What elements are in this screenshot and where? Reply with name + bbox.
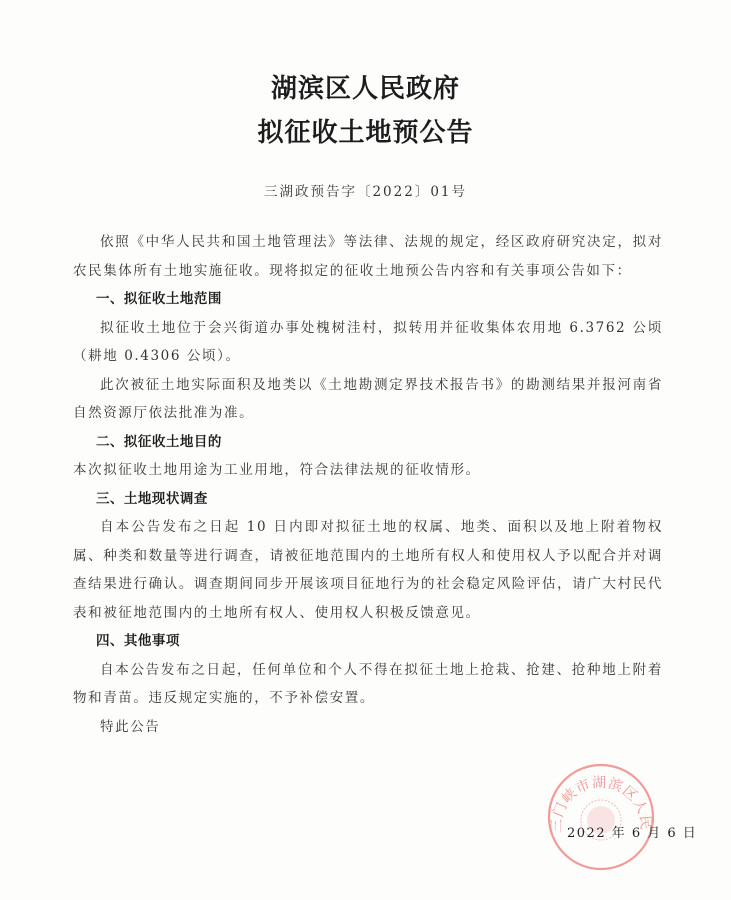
closing-remark: 特此公告 bbox=[73, 713, 663, 742]
document-body: 依照《中华人民共和国土地管理法》等法律、法规的规定，经区政府研究决定，拟对农民集… bbox=[73, 228, 663, 741]
official-seal-icon: 三门峡市湖滨区人民政府 bbox=[546, 762, 656, 872]
document-page: 湖滨区人民政府 拟征收土地预公告 三湖政预告字〔2022〕01号 依照《中华人民… bbox=[0, 0, 731, 900]
section-heading-purpose: 二、拟征收土地目的 bbox=[73, 428, 663, 457]
document-number: 三湖政预告字〔2022〕01号 bbox=[0, 180, 731, 200]
section-paragraph: 拟征收土地位于会兴街道办事处槐树洼村，拟转用并征收集体农用地 6.3762 公顷… bbox=[73, 314, 663, 371]
document-title-issuer: 湖滨区人民政府 bbox=[0, 68, 731, 105]
issue-date: 2022 年 6 月 6 日 bbox=[567, 822, 697, 841]
section-paragraph: 自本公告发布之日起 10 日内即对拟征土地的权属、地类、面积以及地上附着物权属、… bbox=[73, 513, 663, 627]
section-paragraph: 自本公告发布之日起，任何单位和个人不得在拟征土地上抢栽、抢建、抢种地上附着物和青… bbox=[73, 656, 663, 713]
section-paragraph: 本次拟征收土地用途为工业用地，符合法律法规的征收情形。 bbox=[73, 456, 663, 485]
section-heading-survey: 三、土地现状调查 bbox=[73, 485, 663, 514]
intro-paragraph: 依照《中华人民共和国土地管理法》等法律、法规的规定，经区政府研究决定，拟对农民集… bbox=[73, 228, 663, 285]
document-title-subject: 拟征收土地预公告 bbox=[0, 112, 731, 149]
section-heading-other: 四、其他事项 bbox=[73, 627, 663, 656]
section-heading-scope: 一、拟征收土地范围 bbox=[73, 285, 663, 314]
section-paragraph: 此次被征土地实际面积及地类以《土地勘测定界技术报告书》的勘测结果并报河南省自然资… bbox=[73, 371, 663, 428]
